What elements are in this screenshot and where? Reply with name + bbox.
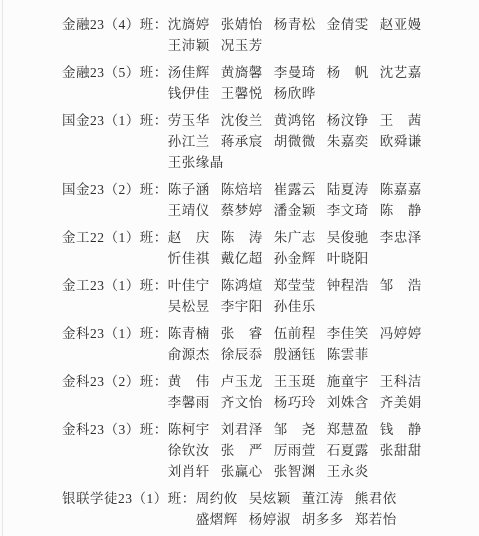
- student-name: 张 严: [221, 440, 274, 461]
- student-name: 卢玉龙: [221, 371, 274, 392]
- student-name: 李曼琦: [274, 62, 327, 83]
- student-name: 孙金辉: [274, 248, 327, 269]
- student-name: 陈嘉嘉: [380, 179, 433, 200]
- student-name: 杨欣晔: [274, 83, 327, 104]
- student-name: 吴松昱: [168, 296, 221, 317]
- student-name: 况玉芳: [221, 35, 274, 56]
- student-name: 陈 静: [380, 200, 433, 221]
- student-name: 陈青楠: [168, 323, 221, 344]
- name-line: 陈子涵陈焙培崔露云陆夏涛陈嘉嘉: [168, 179, 433, 200]
- student-name: 杨巧玲: [274, 392, 327, 413]
- class-names: 沈旖婷张婧怡杨青松金倩雯赵亚嫚王沛颖况玉芳: [168, 14, 433, 56]
- student-name: 朱广志: [274, 227, 327, 248]
- student-name: 邹 浩: [380, 275, 433, 296]
- student-name: 劳玉华: [168, 110, 221, 131]
- class-label: 金工23（1）班：: [62, 275, 168, 296]
- student-name: 董江涛: [302, 488, 355, 509]
- class-label: 金工22（1）班：: [62, 227, 168, 248]
- class-names: 黄 伟卢玉龙王玉珽施童宇王科洁李馨雨齐文怡杨巧玲刘姝含齐美娟: [168, 371, 433, 413]
- student-name: 刘姝含: [327, 392, 380, 413]
- class-label: 金科23（1）班：: [62, 323, 168, 344]
- class-label: 金科23（3）班：: [62, 419, 168, 440]
- student-name: 李佳笑: [327, 323, 380, 344]
- student-name: 忻佳祺: [168, 248, 221, 269]
- student-name: 黄鸿铭: [274, 110, 327, 131]
- class-names: 汤佳辉黄旖馨李曼琦杨 帆沈艺嘉钱伊佳王馨悦杨欣晔: [168, 62, 433, 104]
- class-label: 金科23（2）班：: [62, 371, 168, 392]
- class-block: 国金23（1）班： 劳玉华沈俊兰黄鸿铭杨汶铮王 茜孙江兰蒋承宸胡微微朱嘉奕欧舜谦…: [62, 110, 473, 173]
- class-label: 金融23（4）班：: [62, 14, 168, 35]
- student-name: 刘肖轩: [168, 461, 221, 482]
- student-name: 黄 伟: [168, 371, 221, 392]
- class-block: 金科23（3）班： 陈柯宇刘君泽邹 尧郑慧盈钱 静徐钦汝张 严厉雨萱石夏露张甜甜…: [62, 419, 473, 482]
- student-name: 钟程浩: [327, 275, 380, 296]
- class-label: 金融23（5）班：: [62, 62, 168, 83]
- name-line: 忻佳祺戴亿超孙金辉叶晓阳: [168, 248, 433, 269]
- student-name: 胡微微: [274, 131, 327, 152]
- student-name: 张智渊: [274, 461, 327, 482]
- student-name: 金倩雯: [327, 14, 380, 35]
- name-line: 李馨雨齐文怡杨巧玲刘姝含齐美娟: [168, 392, 433, 413]
- student-name: 俞源杰: [168, 344, 221, 365]
- student-name: 伍前程: [274, 323, 327, 344]
- student-name: 孙佳乐: [274, 296, 327, 317]
- student-name: 叶佳宁: [168, 275, 221, 296]
- student-name: 沈艺嘉: [380, 62, 433, 83]
- name-line: 赵 庆陈 涛朱广志吴俊驰李忠泽: [168, 227, 433, 248]
- student-name: 熊君依: [355, 488, 408, 509]
- student-name: 陈雲菲: [327, 344, 380, 365]
- name-line: 陈青楠张 睿伍前程李佳笑冯婷婷: [168, 323, 433, 344]
- student-name: 冯婷婷: [380, 323, 433, 344]
- student-name: 吴俊驰: [327, 227, 380, 248]
- student-name: 盛熠辉: [196, 509, 249, 530]
- student-name: 张婧怡: [221, 14, 274, 35]
- student-name: 厉雨萱: [274, 440, 327, 461]
- student-name: 陈鸿煊: [221, 275, 274, 296]
- student-name: 钱伊佳: [168, 83, 221, 104]
- student-name: 李宇阳: [221, 296, 274, 317]
- student-name: 张 睿: [221, 323, 274, 344]
- student-name: 杨婷淑: [249, 509, 302, 530]
- student-name: 王永炎: [327, 461, 380, 482]
- student-name: 齐美娟: [380, 392, 433, 413]
- student-name: 王 茜: [380, 110, 433, 131]
- class-names: 陈子涵陈焙培崔露云陆夏涛陈嘉嘉王靖仪蔡梦婷潘金颖李文琦陈 静: [168, 179, 433, 221]
- name-line: 孙江兰蒋承宸胡微微朱嘉奕欧舜谦: [168, 131, 433, 152]
- class-block: 金科23（1）班： 陈青楠张 睿伍前程李佳笑冯婷婷俞源杰徐辰忝殷涵钰陈雲菲: [62, 323, 473, 365]
- name-line: 吴松昱李宇阳孙佳乐: [168, 296, 433, 317]
- student-name: 刘君泽: [221, 419, 274, 440]
- student-name: 朱嘉奕: [327, 131, 380, 152]
- class-block: 金工23（1）班： 叶佳宁陈鸿煊郑莹莹钟程浩邹 浩吴松昱李宇阳孙佳乐: [62, 275, 473, 317]
- student-name: 沈旖婷: [168, 14, 221, 35]
- name-line: 王张缘晶: [168, 152, 433, 173]
- student-name: 陈柯宇: [168, 419, 221, 440]
- student-name: 李馨雨: [168, 392, 221, 413]
- class-names: 陈青楠张 睿伍前程李佳笑冯婷婷俞源杰徐辰忝殷涵钰陈雲菲: [168, 323, 433, 365]
- student-name: 齐文怡: [221, 392, 274, 413]
- student-name: 黄旖馨: [221, 62, 274, 83]
- student-name: 王玉珽: [274, 371, 327, 392]
- student-name: 邹 尧: [274, 419, 327, 440]
- class-label: 银联学徒23（1）班：: [62, 488, 196, 509]
- student-name: 钱 静: [380, 419, 433, 440]
- student-name: 陈子涵: [168, 179, 221, 200]
- class-block: 金工22（1）班： 赵 庆陈 涛朱广志吴俊驰李忠泽忻佳祺戴亿超孙金辉叶晓阳: [62, 227, 473, 269]
- student-name: 殷涵钰: [274, 344, 327, 365]
- student-name: 孙江兰: [168, 131, 221, 152]
- name-line: 盛熠辉杨婷淑胡多多郑若怡: [196, 509, 408, 530]
- student-name: 蔡梦婷: [221, 200, 274, 221]
- student-name: 施童宇: [327, 371, 380, 392]
- student-name: 叶晓阳: [327, 248, 380, 269]
- student-name: 蒋承宸: [221, 131, 274, 152]
- name-line: 钱伊佳王馨悦杨欣晔: [168, 83, 433, 104]
- student-name: 陆夏涛: [327, 179, 380, 200]
- name-line: 沈旖婷张婧怡杨青松金倩雯赵亚嫚: [168, 14, 433, 35]
- student-name: 周约攸: [196, 488, 249, 509]
- student-name: 王科洁: [380, 371, 433, 392]
- student-name: 郑慧盈: [327, 419, 380, 440]
- class-block: 金融23（4）班： 沈旖婷张婧怡杨青松金倩雯赵亚嫚王沛颖况玉芳: [62, 14, 473, 56]
- student-name: 王张缘晶: [168, 152, 224, 173]
- student-name: 石夏露: [327, 440, 380, 461]
- student-name: 李忠泽: [380, 227, 433, 248]
- student-name: 王靖仪: [168, 200, 221, 221]
- class-block: 金科23（2）班： 黄 伟卢玉龙王玉珽施童宇王科洁李馨雨齐文怡杨巧玲刘姝含齐美娟: [62, 371, 473, 413]
- name-line: 周约攸吴炫颖董江涛熊君依: [196, 488, 408, 509]
- name-line: 俞源杰徐辰忝殷涵钰陈雲菲: [168, 344, 433, 365]
- class-names: 赵 庆陈 涛朱广志吴俊驰李忠泽忻佳祺戴亿超孙金辉叶晓阳: [168, 227, 433, 269]
- student-name: 陈 涛: [221, 227, 274, 248]
- student-name: 徐辰忝: [221, 344, 274, 365]
- student-name: 徐钦汝: [168, 440, 221, 461]
- student-name: 戴亿超: [221, 248, 274, 269]
- student-name: 张赢心: [221, 461, 274, 482]
- class-label: 国金23（1）班：: [62, 110, 168, 131]
- name-line: 汤佳辉黄旖馨李曼琦杨 帆沈艺嘉: [168, 62, 433, 83]
- class-block: 银联学徒23（1）班： 周约攸吴炫颖董江涛熊君依盛熠辉杨婷淑胡多多郑若怡: [62, 488, 473, 530]
- roster-page: 金融23（4）班： 沈旖婷张婧怡杨青松金倩雯赵亚嫚王沛颖况玉芳 金融23（5）班…: [0, 0, 479, 530]
- class-names: 周约攸吴炫颖董江涛熊君依盛熠辉杨婷淑胡多多郑若怡: [196, 488, 408, 530]
- class-names: 陈柯宇刘君泽邹 尧郑慧盈钱 静徐钦汝张 严厉雨萱石夏露张甜甜刘肖轩张赢心张智渊王…: [168, 419, 433, 482]
- student-name: 赵亚嫚: [380, 14, 433, 35]
- student-name: 胡多多: [302, 509, 355, 530]
- student-name: 王馨悦: [221, 83, 274, 104]
- class-block: 国金23（2）班： 陈子涵陈焙培崔露云陆夏涛陈嘉嘉王靖仪蔡梦婷潘金颖李文琦陈 静: [62, 179, 473, 221]
- name-line: 劳玉华沈俊兰黄鸿铭杨汶铮王 茜: [168, 110, 433, 131]
- student-name: 杨 帆: [327, 62, 380, 83]
- class-names: 叶佳宁陈鸿煊郑莹莹钟程浩邹 浩吴松昱李宇阳孙佳乐: [168, 275, 433, 317]
- class-label: 国金23（2）班：: [62, 179, 168, 200]
- name-line: 黄 伟卢玉龙王玉珽施童宇王科洁: [168, 371, 433, 392]
- name-line: 叶佳宁陈鸿煊郑莹莹钟程浩邹 浩: [168, 275, 433, 296]
- name-line: 徐钦汝张 严厉雨萱石夏露张甜甜: [168, 440, 433, 461]
- name-line: 王沛颖况玉芳: [168, 35, 433, 56]
- student-name: 李文琦: [327, 200, 380, 221]
- student-name: 郑莹莹: [274, 275, 327, 296]
- student-name: 王沛颖: [168, 35, 221, 56]
- student-name: 崔露云: [274, 179, 327, 200]
- name-line: 王靖仪蔡梦婷潘金颖李文琦陈 静: [168, 200, 433, 221]
- class-block: 金融23（5）班： 汤佳辉黄旖馨李曼琦杨 帆沈艺嘉钱伊佳王馨悦杨欣晔: [62, 62, 473, 104]
- student-name: 杨青松: [274, 14, 327, 35]
- class-names: 劳玉华沈俊兰黄鸿铭杨汶铮王 茜孙江兰蒋承宸胡微微朱嘉奕欧舜谦王张缘晶: [168, 110, 433, 173]
- student-name: 郑若怡: [355, 509, 408, 530]
- student-name: 欧舜谦: [380, 131, 433, 152]
- name-line: 陈柯宇刘君泽邹 尧郑慧盈钱 静: [168, 419, 433, 440]
- student-name: 沈俊兰: [221, 110, 274, 131]
- student-name: 潘金颖: [274, 200, 327, 221]
- student-name: 吴炫颖: [249, 488, 302, 509]
- student-name: 杨汶铮: [327, 110, 380, 131]
- student-name: 张甜甜: [380, 440, 433, 461]
- name-line: 刘肖轩张赢心张智渊王永炎: [168, 461, 433, 482]
- student-name: 汤佳辉: [168, 62, 221, 83]
- page-edge-line: [2, 0, 3, 536]
- student-name: 陈焙培: [221, 179, 274, 200]
- student-name: 赵 庆: [168, 227, 221, 248]
